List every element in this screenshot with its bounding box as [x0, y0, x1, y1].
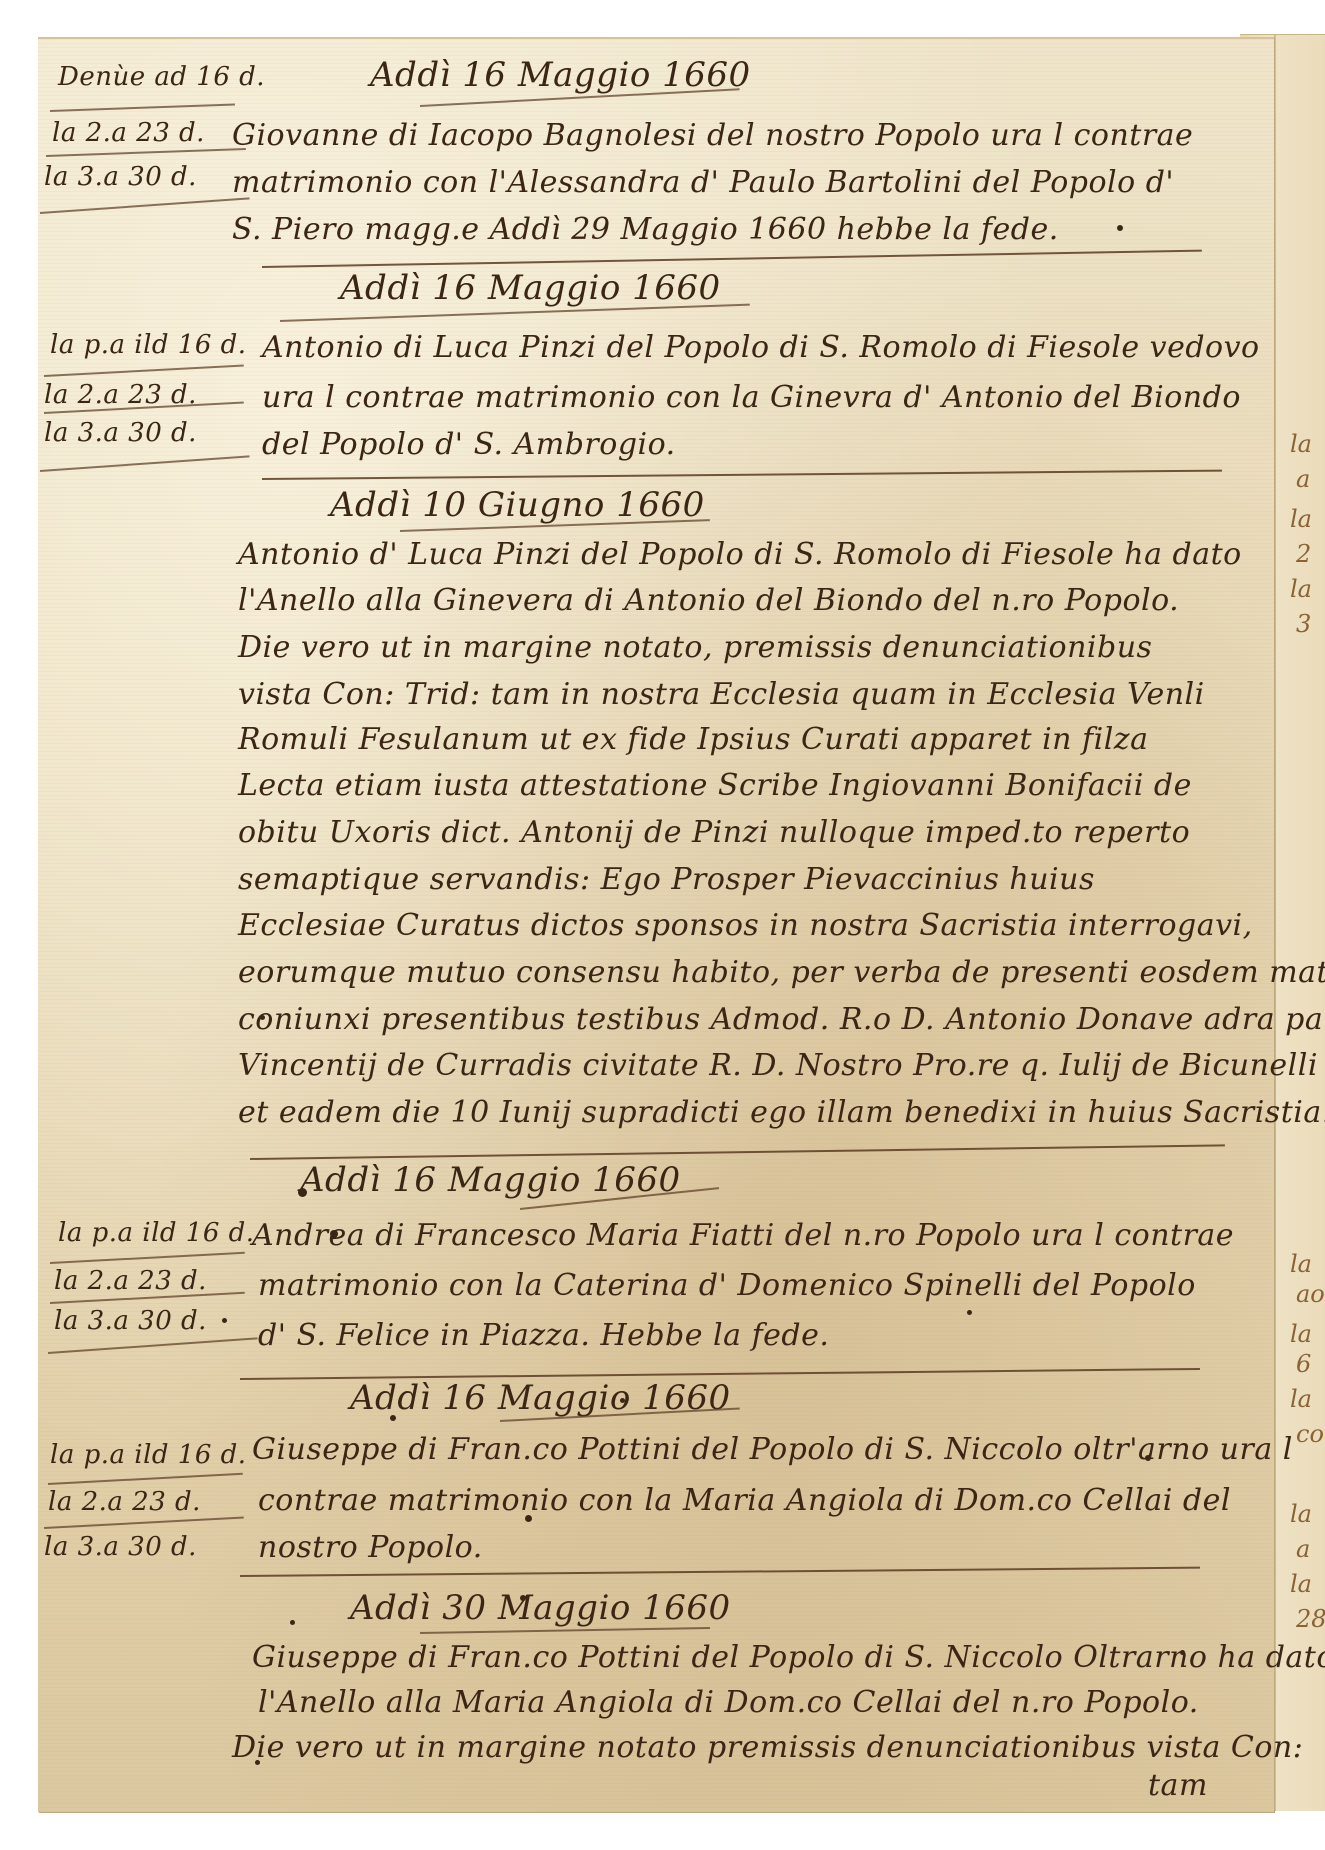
facing-margin-note: la [1290, 1250, 1312, 1278]
ink-spot [525, 1515, 532, 1522]
ink-spot [260, 1015, 265, 1020]
page-fold [1274, 35, 1276, 1811]
entry-text-line: coniunxi presentibus testibus Admod. R.o… [238, 1002, 1325, 1037]
entry-text-line: ura l contrae matrimonio con la Ginevra … [262, 380, 1241, 415]
catchword: tam [1148, 1768, 1208, 1803]
entry-text-line: matrimonio con la Caterina d' Domenico S… [258, 1268, 1196, 1303]
entry-text-line: Andrea di Francesco Maria Fiatti del n.r… [252, 1218, 1234, 1253]
margin-banns-note: la 3.a 30 d. [54, 1306, 207, 1336]
entry-text-line: d' S. Felice in Piazza. Hebbe la fede. [258, 1318, 829, 1353]
ink-spot [255, 1760, 260, 1765]
facing-margin-note: la [1290, 430, 1312, 458]
facing-margin-note: 6 [1296, 1350, 1311, 1378]
ink-spot [1117, 225, 1123, 231]
entry-text-line: semaptique servandis: Ego Prosper Pievac… [238, 862, 1095, 897]
facing-margin-note: 28 [1296, 1605, 1325, 1633]
entry-text-line: Giuseppe di Fran.co Pottini del Popolo d… [252, 1640, 1325, 1675]
facing-margin-note: la [1290, 575, 1312, 603]
facing-margin-note: la [1290, 505, 1312, 533]
entry-text-line: Die vero ut in margine notato, premissis… [238, 630, 1152, 665]
ink-spot [330, 1230, 338, 1238]
entry-date: Addì 10 Giugno 1660 [330, 485, 705, 525]
entry-text-line: l'Anello alla Maria Angiola di Dom.co Ce… [258, 1685, 1199, 1720]
facing-margin-note: ao [1296, 1280, 1325, 1308]
margin-banns-note: la 2.a 23 d. [52, 118, 205, 148]
facing-margin-note: a [1296, 1535, 1310, 1563]
entry-text-line: Giuseppe di Fran.co Pottini del Popolo d… [252, 1432, 1293, 1467]
margin-banns-note: la 3.a 30 d. [44, 418, 197, 448]
ink-spot [1180, 1650, 1185, 1655]
facing-margin-note: la [1290, 1320, 1312, 1348]
margin-banns-note: la p.a ild 16 d. [50, 1440, 247, 1470]
entry-text-line: del Popolo d' S. Ambrogio. [262, 427, 676, 462]
facing-margin-note: la [1290, 1500, 1312, 1528]
entry-date: Addì 16 Maggio 1660 [340, 268, 721, 308]
entry-text-line: Giovanne di Iacopo Bagnolesi del nostro … [232, 118, 1193, 153]
entry-text-line: matrimonio con l'Alessandra d' Paulo Bar… [232, 165, 1174, 200]
entry-text-line: contrae matrimonio con la Maria Angiola … [258, 1483, 1231, 1518]
margin-banns-note: la 3.a 30 d. [44, 1532, 197, 1562]
entry-date: Addì 16 Maggio 1660 [300, 1160, 681, 1200]
entry-text-line: Antonio d' Luca Pinzi del Popolo di S. R… [238, 537, 1242, 572]
ink-spot [1145, 1455, 1151, 1461]
margin-banns-note: la 2.a 23 d. [54, 1266, 207, 1296]
entry-text-line: S. Piero magg.e Addì 29 Maggio 1660 hebb… [232, 212, 1059, 247]
ink-spot [298, 1188, 307, 1197]
entry-text-line: Romuli Fesulanum ut ex fide Ipsius Curat… [238, 722, 1149, 757]
facing-margin-note: la [1290, 1570, 1312, 1598]
facing-margin-note: la [1290, 1385, 1312, 1413]
entry-text-line: eorumque mutuo consensu habito, per verb… [238, 955, 1325, 990]
entry-text-line: vista Con: Trid: tam in nostra Ecclesia … [238, 677, 1205, 712]
entry-text-line: obitu Uxoris dict. Antonij de Pinzi null… [238, 815, 1190, 850]
facing-margin-note: 3 [1296, 610, 1311, 638]
margin-banns-note: la p.a ild 16 d. [58, 1218, 255, 1248]
margin-banns-note: la 3.a 30 d. [44, 162, 197, 192]
ink-spot [222, 1318, 227, 1323]
ink-spot [967, 1310, 972, 1315]
entry-text-line: Vincentij de Curradis civitate R. D. Nos… [238, 1048, 1318, 1083]
margin-banns-note: Denùe ad 16 d. [58, 62, 265, 92]
entry-date: Addì 30 Maggio 1660 [350, 1588, 731, 1628]
ink-spot [620, 1398, 625, 1403]
facing-margin-note: a [1296, 465, 1310, 493]
entry-text-line: Antonio di Luca Pinzi del Popolo di S. R… [262, 330, 1260, 365]
entry-text-line: nostro Popolo. [258, 1530, 483, 1565]
facing-margin-note: 2 [1296, 540, 1311, 568]
entry-text-line: Ecclesiae Curatus dictos sponsos in nost… [238, 908, 1253, 943]
ink-spot [390, 1415, 396, 1421]
entry-text-line: Die vero ut in margine notato premissis … [232, 1730, 1303, 1765]
ink-spot [290, 1620, 295, 1625]
margin-banns-note: la 2.a 23 d. [48, 1487, 201, 1517]
entry-text-line: et eadem die 10 Iunij supradicti ego ill… [238, 1095, 1325, 1130]
entry-date: Addì 16 Maggio 1660 [370, 55, 751, 95]
margin-banns-note: la p.a ild 16 d. [50, 330, 247, 360]
ink-spot [520, 1595, 526, 1601]
facing-margin-note: co [1296, 1420, 1324, 1448]
entry-text-line: l'Anello alla Ginevera di Antonio del Bi… [238, 583, 1179, 618]
entry-text-line: Lecta etiam iusta attestatione Scribe In… [238, 768, 1192, 803]
